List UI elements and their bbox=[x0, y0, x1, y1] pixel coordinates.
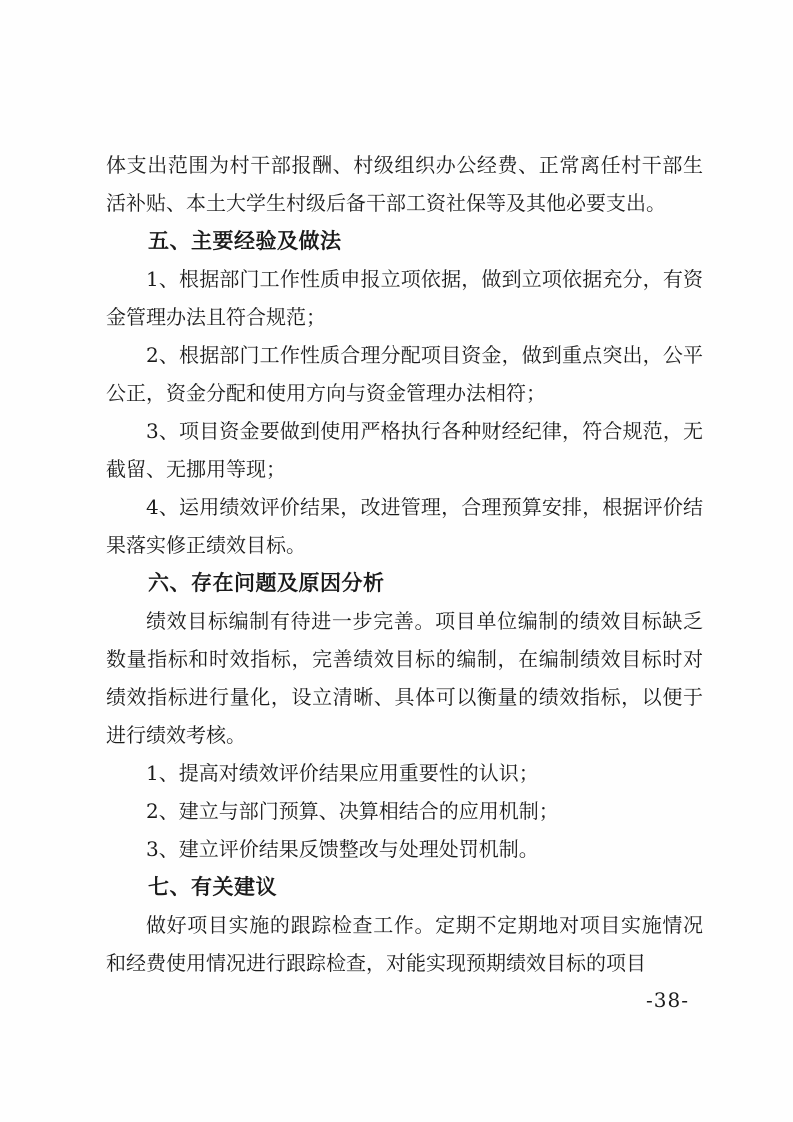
paragraph-suggestion-1: 1、提高对绩效评价结果应用重要性的认识； bbox=[106, 754, 703, 792]
paragraph-item-1: 1、根据部门工作性质申报立项依据，做到立项依据充分，有资金管理办法且符合规范； bbox=[106, 260, 703, 336]
paragraph-item-4: 4、运用绩效评价结果，改进管理，合理预算安排，根据评价结果落实修正绩效目标。 bbox=[106, 488, 703, 564]
page-body: 体支出范围为村干部报酬、村级组织办公经费、正常离任村干部生活补贴、本土大学生村级… bbox=[106, 146, 703, 982]
page-number: -38- bbox=[646, 988, 689, 1012]
section-heading-7: 七、有关建议 bbox=[106, 868, 703, 906]
section-heading-6: 六、存在问题及原因分析 bbox=[106, 564, 703, 602]
paragraph-suggestion-3: 3、建立评价结果反馈整改与处理处罚机制。 bbox=[106, 830, 703, 868]
paragraph-item-2: 2、根据部门工作性质合理分配项目资金，做到重点突出，公平公正，资金分配和使用方向… bbox=[106, 336, 703, 412]
paragraph-continuation: 体支出范围为村干部报酬、村级组织办公经费、正常离任村干部生活补贴、本土大学生村级… bbox=[106, 146, 703, 222]
paragraph-item-3: 3、项目资金要做到使用严格执行各种财经纪律，符合规范，无截留、无挪用等现； bbox=[106, 412, 703, 488]
document-page: 体支出范围为村干部报酬、村级组织办公经费、正常离任村干部生活补贴、本土大学生村级… bbox=[0, 0, 793, 1122]
paragraph-recommendation: 做好项目实施的跟踪检查工作。定期不定期地对项目实施情况和经费使用情况进行跟踪检查… bbox=[106, 906, 703, 982]
section-heading-5: 五、主要经验及做法 bbox=[106, 222, 703, 260]
paragraph-problem-analysis: 绩效目标编制有待进一步完善。项目单位编制的绩效目标缺乏数量指标和时效指标，完善绩… bbox=[106, 602, 703, 754]
paragraph-suggestion-2: 2、建立与部门预算、决算相结合的应用机制； bbox=[106, 792, 703, 830]
